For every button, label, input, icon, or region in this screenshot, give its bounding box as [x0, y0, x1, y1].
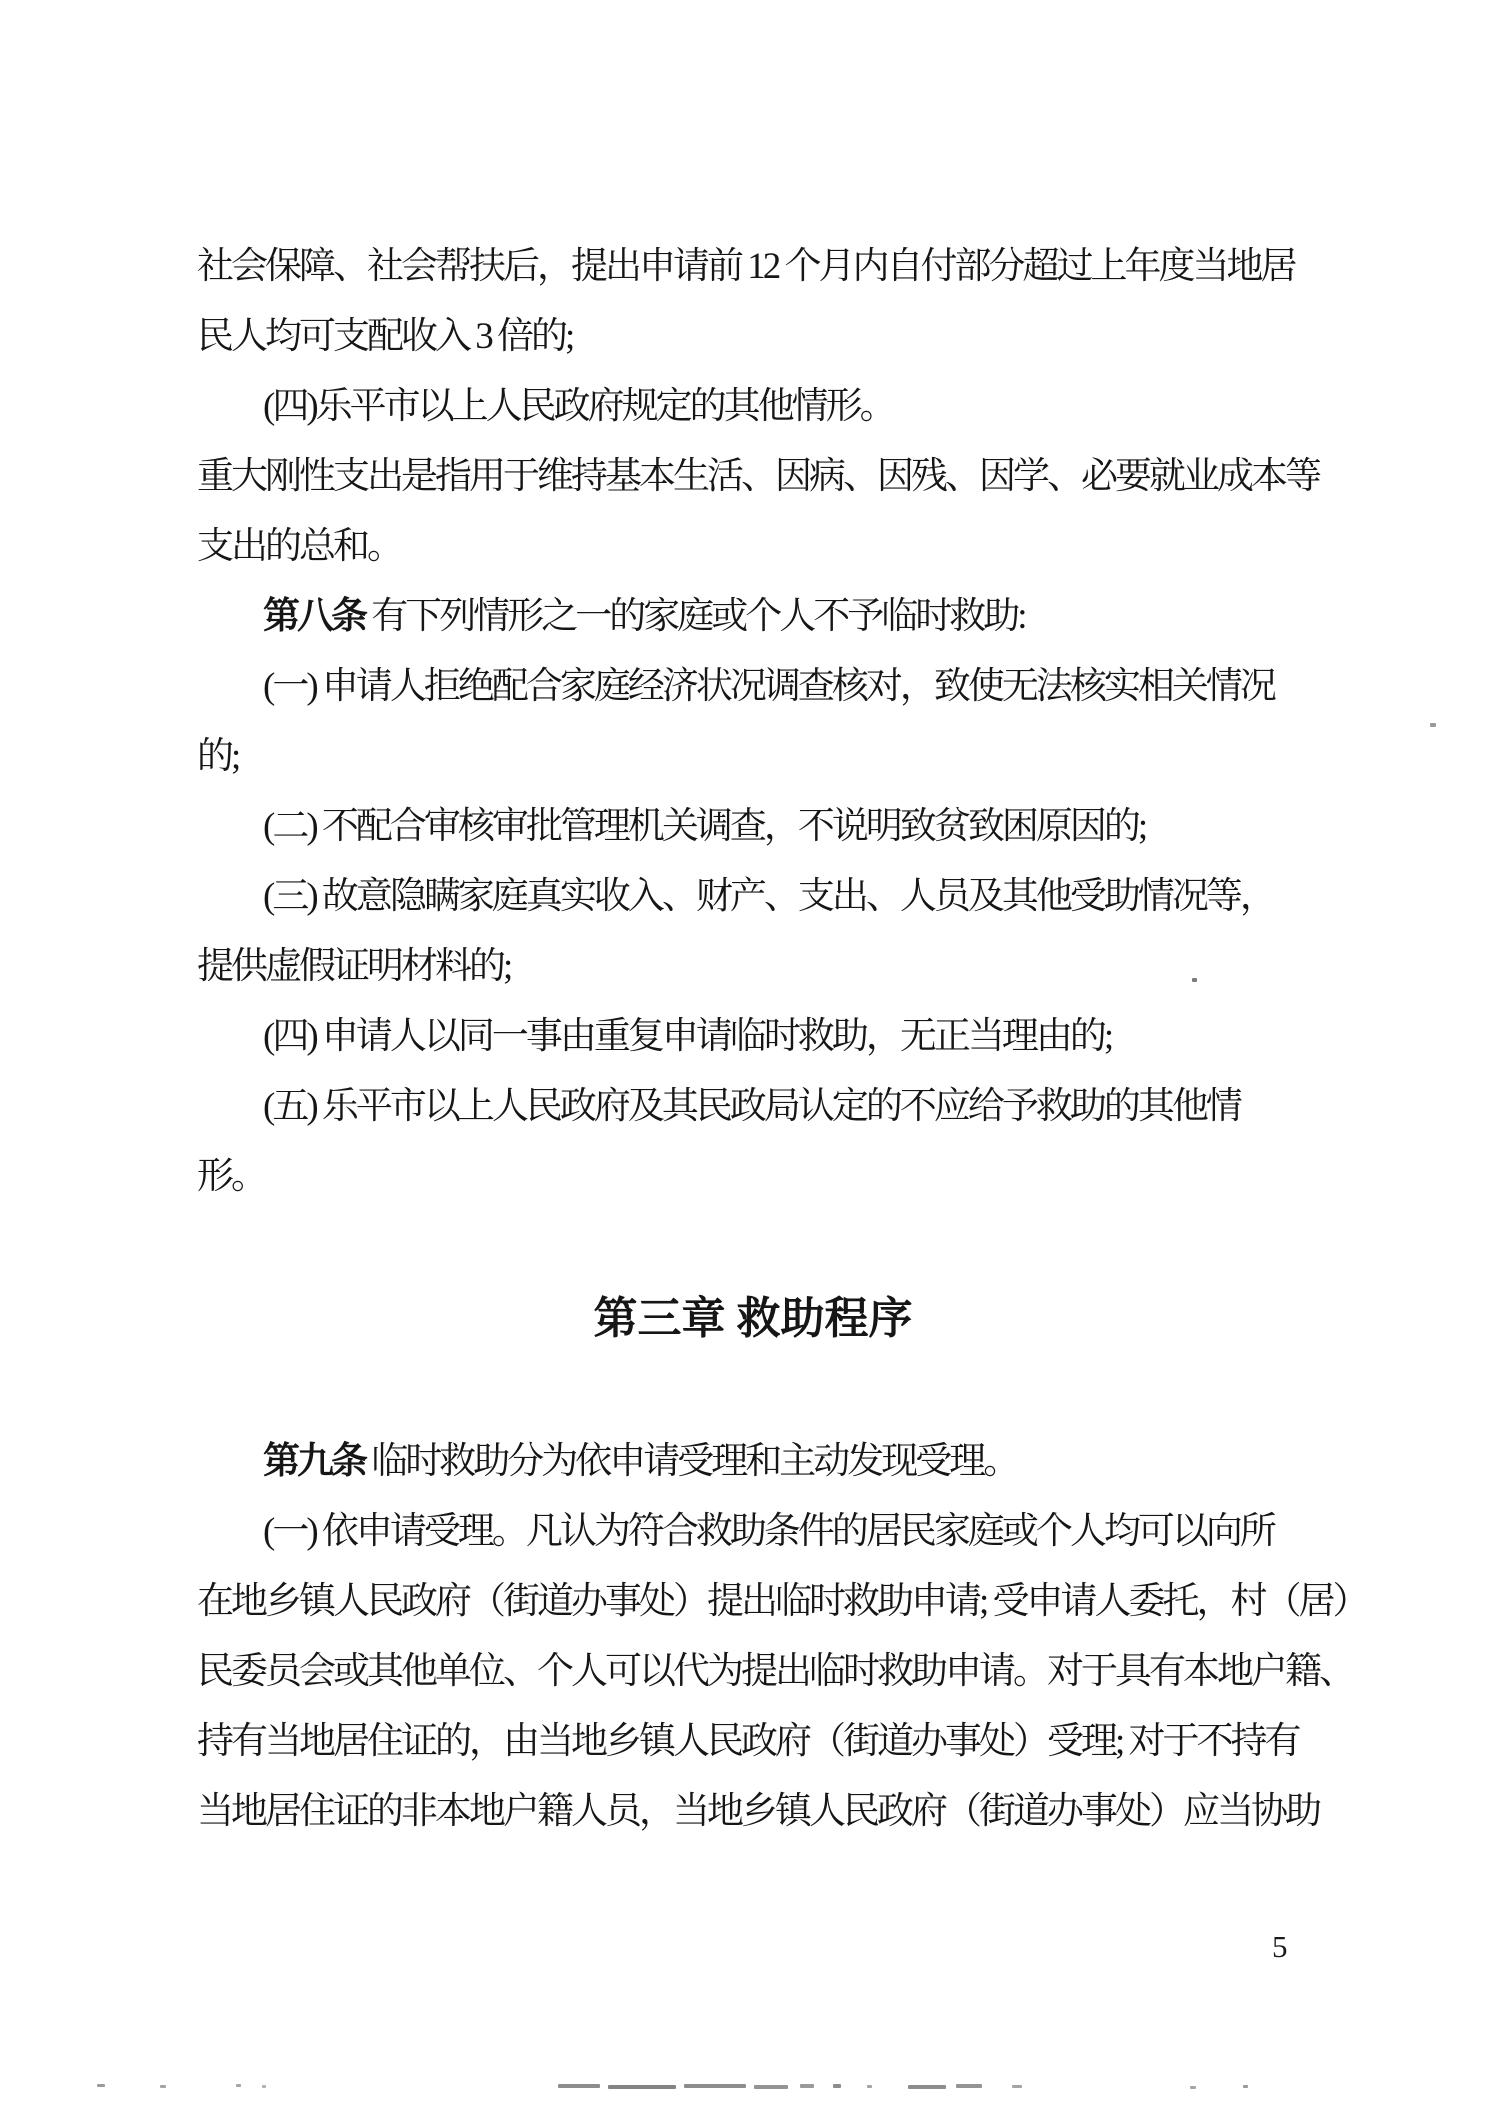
- scan-artifact-dot: [1192, 978, 1197, 982]
- text-line-6: 第八条 有下列情形之一的家庭或个人不予临时救助:: [197, 582, 1309, 652]
- scan-artifact-dot: [754, 2085, 788, 2089]
- document-page: 社会保障、社会帮扶后，提出申请前 12 个月内自付部分超过上年度当地居民人均可支…: [0, 0, 1488, 2106]
- text-line-4: 重大刚性支出是指用于维持基本生活、因病、因残、因学、必要就业成本等: [197, 442, 1309, 512]
- scan-artifact-dot: [1012, 2085, 1022, 2088]
- scan-artifact-dot: [684, 2084, 746, 2088]
- text-line-10: (三) 故意隐瞒家庭真实收入、财产、支出、人员及其他受助情况等，: [197, 862, 1309, 932]
- scan-artifact-dot: [608, 2085, 676, 2089]
- scan-artifact-dot: [1190, 2086, 1196, 2089]
- article-number-bold: 第九条: [263, 1441, 365, 1482]
- scan-artifact-dot: [908, 2085, 946, 2089]
- text-line-16: 第九条 临时救助分为依申请受理和主动发现受理。: [197, 1427, 1309, 1497]
- text-line-19: 民委员会或其他单位、个人可以代为提出临时救助申请。对于具有本地户籍、: [197, 1637, 1309, 1707]
- scan-artifact-dot: [833, 2084, 841, 2088]
- text-line-3: (四)乐平市以上人民政府规定的其他情形。: [197, 372, 1309, 442]
- text-line-17: (一) 依申请受理。凡认为符合救助条件的居民家庭或个人均可以向所: [197, 1497, 1309, 1567]
- text-line-5: 支出的总和。: [197, 512, 1309, 582]
- scan-artifact-dot: [1243, 2085, 1248, 2088]
- scan-artifact-dot: [867, 2085, 872, 2088]
- scan-artifact-dot: [800, 2084, 814, 2088]
- text-line-14: 形。: [197, 1142, 1309, 1212]
- text-line-12: (四) 申请人以同一事由重复申请临时救助，无正当理由的;: [197, 1002, 1309, 1072]
- text-line-9: (二) 不配合审核审批管理机关调查，不说明致贫致困原因的;: [197, 792, 1309, 862]
- page-number: 5: [1272, 1930, 1288, 1964]
- scan-artifact-dot: [956, 2084, 982, 2088]
- article-number-bold: 第八条: [263, 596, 365, 637]
- chapter-heading: 第三章 救助程序: [197, 1284, 1309, 1354]
- text-line-18: 在地乡镇人民政府（街道办事处）提出临时救助申请; 受申请人委托，村（居）: [197, 1567, 1309, 1637]
- scan-artifact-dot: [1430, 723, 1436, 727]
- text-line-7: (一) 申请人拒绝配合家庭经济状况调查核对，致使无法核实相关情况: [197, 652, 1309, 722]
- text-line-1: 社会保障、社会帮扶后，提出申请前 12 个月内自付部分超过上年度当地居: [197, 232, 1309, 302]
- text-line-21: 当地居住证的非本地户籍人员，当地乡镇人民政府（街道办事处）应当协助: [197, 1777, 1309, 1847]
- document-body: 社会保障、社会帮扶后，提出申请前 12 个月内自付部分超过上年度当地居民人均可支…: [197, 232, 1309, 1847]
- scan-artifact-dot: [558, 2084, 600, 2088]
- text-line-13: (五) 乐平市以上人民政府及其民政局认定的不应给予救助的其他情: [197, 1072, 1309, 1142]
- scan-artifact-dot: [160, 2085, 166, 2088]
- scan-artifact-dot: [236, 2084, 241, 2087]
- scan-artifact-dot: [97, 2084, 105, 2087]
- text-line-20: 持有当地居住证的，由当地乡镇人民政府（街道办事处）受理; 对于不持有: [197, 1707, 1309, 1777]
- text-line-8: 的;: [197, 722, 1309, 792]
- text-line-11: 提供虚假证明材料的;: [197, 932, 1309, 1002]
- text-line-2: 民人均可支配收入 3 倍的;: [197, 302, 1309, 372]
- scan-artifact-dot: [262, 2085, 266, 2088]
